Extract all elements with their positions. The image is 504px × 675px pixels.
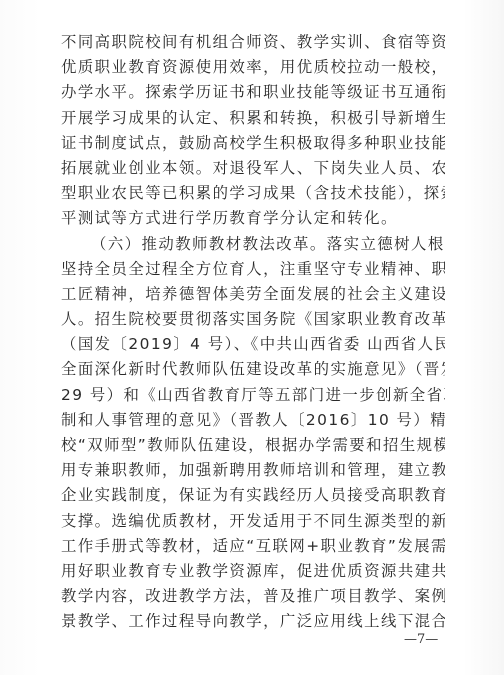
text-line: 企业实践制度，保证为有实践经历人员接受高职教育提供有力 — [61, 483, 445, 508]
text-line: 制和人事管理的意见》（晋教人〔2016〕10 号）精神，加强学 — [61, 408, 445, 433]
text-line: 坚持全员全过程全方位育人，注重坚守专业精神、职业精神和 — [61, 257, 445, 282]
text-line: 景教学、工作过程导向教学，广泛应用线上线下混合教学，促 — [61, 609, 445, 634]
text-line: 教学内容，改进教学方法，普及推广项目教学、案例教学、情 — [61, 584, 445, 609]
text-line: （国发〔2019〕4 号）、《中共山西省委 山西省人民政府关于 — [61, 332, 445, 357]
text-line: 开展学习成果的认定、积累和转换，积极引导新增生源参与 1+X — [61, 106, 445, 131]
text-line: 优质职业教育资源使用效率，用优质校拉动一般校，整体提升 — [61, 55, 445, 80]
text-line: 校“双师型”教师队伍建设，根据办学需要和招生规模自主聘 — [61, 433, 445, 458]
document-body: 不同高职院校间有机组合师资、教学实训、食宿等资源，提高 优质职业教育资源使用效率… — [61, 30, 445, 635]
text-line: 型职业农民等已积累的学习成果（含技术技能），探索通过水 — [61, 181, 445, 206]
text-line: 全面深化新时代教师队伍建设改革的实施意见》（晋发〔2019〕 — [61, 357, 445, 382]
text-line: 支撑。选编优质教材，开发适用于不同生源类型的新型活页式、 — [61, 509, 445, 534]
text-line: 29 号）和《山西省教育厅等五部门进一步创新全省职业院校编 — [61, 383, 445, 408]
section-heading-line: （六）推动教师教材教法改革。落实立德树人根本任务， — [61, 232, 445, 257]
text-line: 人。招生院校要贯彻落实国务院《国家职业教育改革实施方案》 — [61, 307, 445, 332]
text-line: 办学水平。探索学历证书和职业技能等级证书互通衔接，有序 — [61, 80, 445, 105]
text-line: 证书制度试点，鼓励高校学生积极取得多种职业技能等级证书， — [61, 131, 445, 156]
text-line: 拓展就业创业本领。对退役军人、下岗失业人员、农民工和新 — [61, 156, 445, 181]
text-line: 工匠精神，培养德智体美劳全面发展的社会主义建设者和接班 — [61, 282, 445, 307]
text-line: 工作手册式等教材，适应“互联网+职业教育”发展需求，建好 — [61, 534, 445, 559]
page-number: —7— — [404, 632, 438, 647]
text-line: 用专兼职教师，加强新聘用教师培训和管理，建立教师定期到 — [61, 458, 445, 483]
text-line: 不同高职院校间有机组合师资、教学实训、食宿等资源，提高 — [61, 30, 445, 55]
text-line: 用好职业教育专业教学资源库，促进优质资源共建共享。优化 — [61, 559, 445, 584]
document-page: 不同高职院校间有机组合师资、教学实训、食宿等资源，提高 优质职业教育资源使用效率… — [0, 0, 504, 675]
text-line: 平测试等方式进行学历教育学分认定和转化。 — [61, 206, 445, 231]
